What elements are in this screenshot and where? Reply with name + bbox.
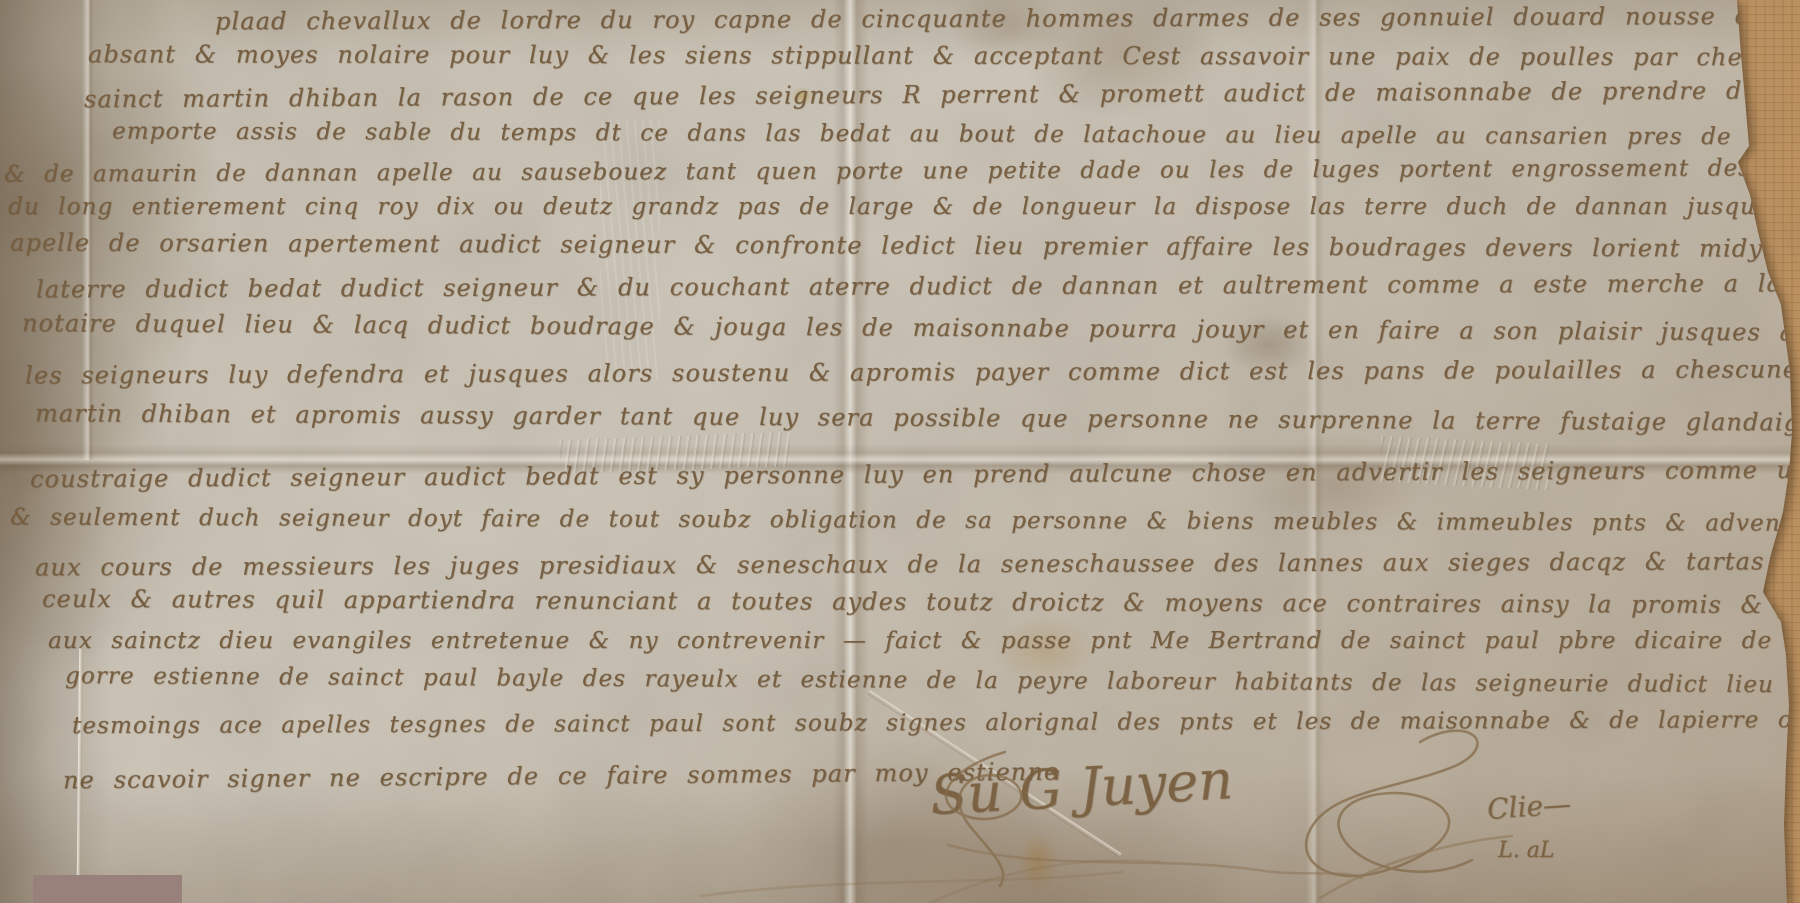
manuscript-line: ceulx & autres quil appartiendra renunci…	[42, 585, 1800, 619]
manuscript-line: aux cours de messieurs les juges presidi…	[35, 547, 1800, 582]
parchment-wrap: plaad chevallux de lordre du roy capne d…	[0, 0, 1800, 903]
manuscript-line: & de amaurin de dannan apelle au sausebo…	[4, 154, 1800, 187]
manuscript-line: les seigneurs luy defendra et jusques al…	[25, 355, 1800, 390]
manuscript-line: absant & moyes nolaire pour luy & les si…	[88, 40, 1800, 71]
manuscript-line: du long entierement cinq roy dix ou deut…	[8, 194, 1800, 220]
manuscript-line: emporte assis de sable du temps dt ce da…	[112, 118, 1800, 151]
manuscript-line: aux sainctz dieu evangiles entretenue & …	[48, 628, 1800, 654]
manuscript-line: notaire duquel lieu & lacq dudict boudra…	[22, 309, 1800, 347]
manuscript-line: ne scavoir signer ne escripre de ce fair…	[63, 758, 1059, 795]
manuscript-text-layer: plaad chevallux de lordre du roy capne d…	[0, 0, 1800, 903]
signature-notary-initials: L. aL	[1498, 838, 1554, 863]
manuscript-line: gorre estienne de sainct paul bayle des …	[65, 663, 1800, 699]
manuscript-line: laterre dudict bedat dudict seigneur & d…	[36, 269, 1800, 304]
signature-notary-mark: Clie—	[1486, 787, 1572, 826]
manuscript-line: & seulement duch seigneur doyt faire de …	[10, 504, 1800, 537]
photo-of-manuscript: plaad chevallux de lordre du roy capne d…	[0, 0, 1800, 903]
manuscript-line: plaad chevallux de lordre du roy capne d…	[215, 1, 1800, 36]
manuscript-line: coustraige dudict seigneur audict bedat …	[30, 455, 1800, 493]
manuscript-line: sainct martin dhiban la rason de ce que …	[84, 75, 1800, 114]
redaction-patch	[33, 875, 182, 903]
parchment-document: plaad chevallux de lordre du roy capne d…	[0, 0, 1800, 903]
manuscript-line: martin dhiban et apromis aussy garder ta…	[35, 399, 1800, 437]
manuscript-line: apelle de orsarien apertement audict sei…	[10, 229, 1800, 264]
manuscript-line: tesmoings ace apelles tesgnes de sainct …	[72, 707, 1800, 739]
